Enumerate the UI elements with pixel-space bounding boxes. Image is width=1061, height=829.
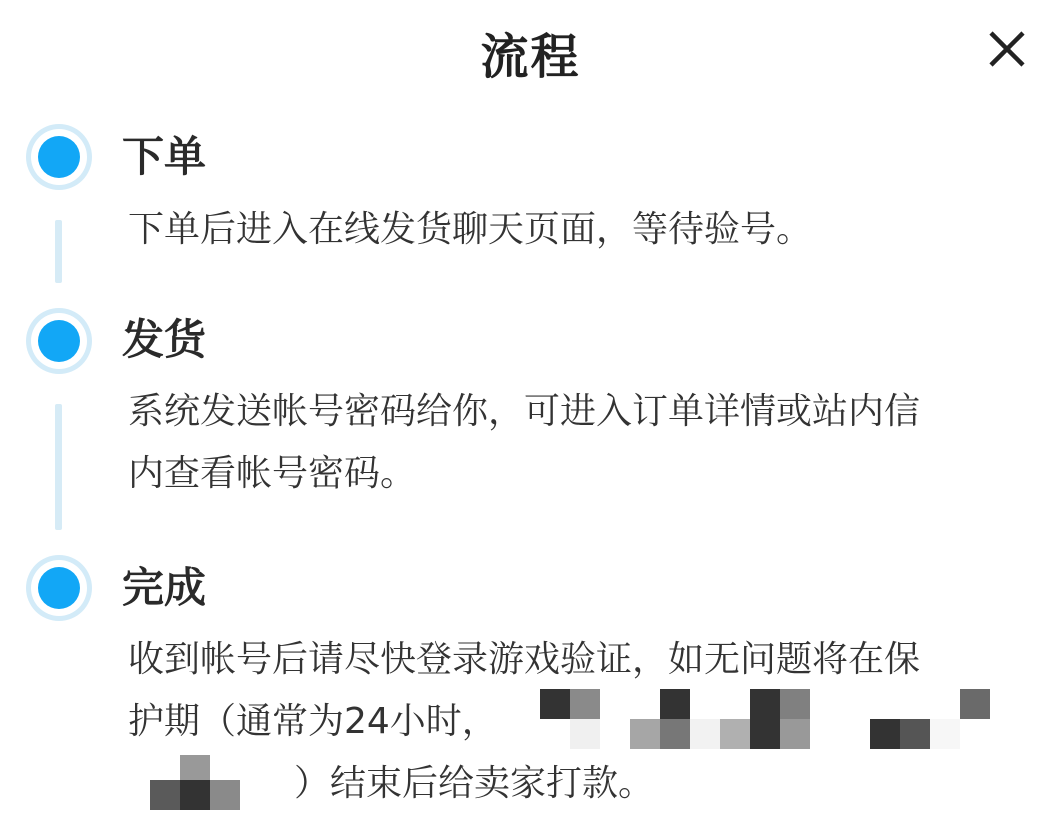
page-title: 流程 xyxy=(0,22,1061,92)
desc-text: 护期（通常为24小时， xyxy=(128,701,498,742)
step-connector xyxy=(55,220,62,283)
step-title-order: 下单 xyxy=(122,127,206,187)
desc-text: ）结束后给卖家打款。 xyxy=(294,763,654,804)
desc-line: 内查看帐号密码。 xyxy=(128,443,1028,505)
redacted-mosaic xyxy=(150,755,250,815)
step-marker-order xyxy=(26,124,92,190)
step-marker-deliver xyxy=(26,308,92,374)
step-desc-order: 下单后进入在线发货聊天页面，等待验号。 xyxy=(128,199,1028,261)
redacted-mosaic xyxy=(540,689,1000,749)
desc-line: 收到帐号后请尽快登录游戏验证，如无问题将在保 xyxy=(128,629,1028,691)
step-marker-complete xyxy=(26,555,92,621)
desc-line: 系统发送帐号密码给你，可进入订单详情或站内信 xyxy=(128,381,1028,443)
step-title-deliver: 发货 xyxy=(122,310,206,370)
close-icon xyxy=(982,24,1032,74)
close-button[interactable] xyxy=(982,24,1032,74)
step-desc-deliver: 系统发送帐号密码给你，可进入订单详情或站内信 内查看帐号密码。 xyxy=(128,381,1028,505)
desc-line: ）结束后给卖家打款。 xyxy=(128,753,1028,815)
step-connector xyxy=(55,404,62,530)
step-title-complete: 完成 xyxy=(122,558,206,618)
